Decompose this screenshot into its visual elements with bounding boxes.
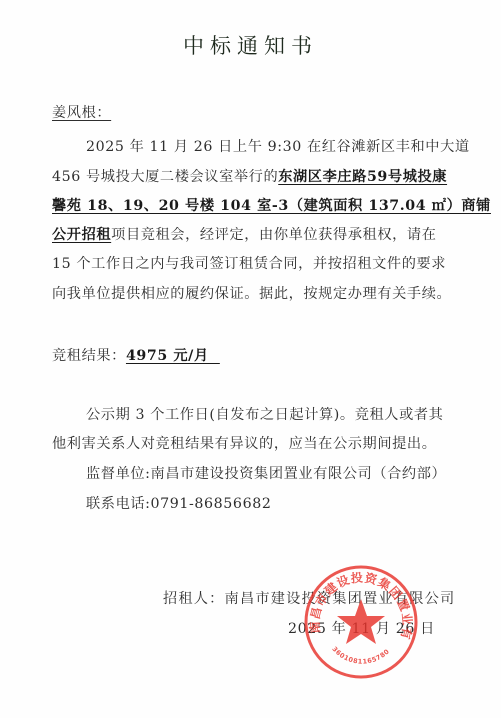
document-title: 中标通知书	[0, 30, 501, 60]
bid-result-label: 竞租结果：	[52, 348, 126, 364]
paragraph1-line2-plain: 456 号城投大厦二楼会议室举行的	[52, 169, 278, 185]
project-name-part3: 公开招租	[52, 227, 111, 243]
notice-line1: 公示期 3 个工作日(自发布之日起计算)。竞租人或者其	[86, 405, 501, 425]
paragraph1-line1: 2025 年 11 月 26 日上午 9:30 在红谷滩新区丰和中大道	[86, 137, 501, 157]
paragraph1-line5: 15 个工作日之内与我司签订租赁合同，并按招租文件的要求	[52, 254, 472, 274]
paragraph1-line6: 向我单位提供相应的履约保证。据此，按规定办理有关手续。	[52, 284, 472, 304]
bid-result-value: 4975 元/月	[126, 348, 220, 364]
paragraph1-line4-plain: 项目竞租会，经评定，由你单位获得承租权，请在	[111, 227, 436, 243]
salutation: 姜风根：	[52, 103, 472, 123]
document-page: 中标通知书 姜风根： 2025 年 11 月 26 日上午 9:30 在红谷滩新…	[0, 0, 501, 718]
svg-text:3601081165780: 3601081165780	[330, 645, 391, 666]
bid-result: 竞租结果：4975 元/月	[52, 346, 472, 366]
seal-number: 3601081165780	[330, 645, 391, 666]
contact-phone: 联系电话:0791-86856682	[86, 494, 501, 514]
paragraph1-line4: 公开招租项目竞租会，经评定，由你单位获得承租权，请在	[52, 225, 472, 245]
project-name-part2: 馨苑 18、19、20 号楼 104 室-3（建筑面积 137.04 ㎡）商铺	[52, 196, 472, 216]
paragraph1-line2: 456 号城投大厦二楼会议室举行的东湖区李庄路59号城投康	[52, 167, 472, 187]
supervisor-unit: 监督单位:南昌市建设投资集团置业有限公司（合约部）	[86, 464, 501, 484]
project-name-part1: 东湖区李庄路59号城投康	[278, 169, 447, 185]
red-company-seal-icon: 南昌市建设投资集团置业有限公司 3601081165780	[302, 563, 420, 681]
notice-line2: 他利害关系人对竞租结果有异议的，应当在公示期间提出。	[52, 434, 472, 454]
